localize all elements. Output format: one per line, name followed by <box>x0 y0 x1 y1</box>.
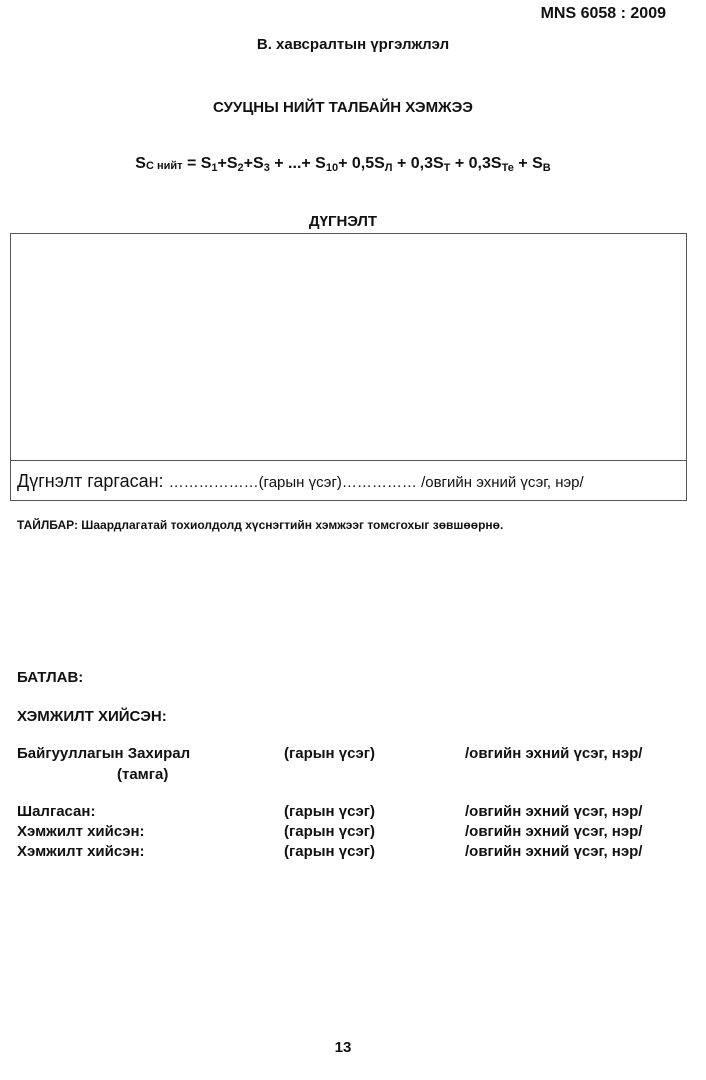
signature-row: Шалгасан:(гарын үсэг)/овгийн эхний үсэг,… <box>17 803 687 823</box>
conclusion-box: Дүгнэлт гаргасан: ………………(гарын үсэг)…………… <box>10 233 687 501</box>
page-title: СУУЦНЫ НИЙТ ТАЛБАЙН ХЭМЖЭЭ <box>0 99 686 116</box>
measured-label: ХЭМЖИЛТ ХИЙСЭН: <box>17 708 167 725</box>
signature-field: (гарын үсэг) <box>284 823 375 840</box>
conclusion-text-area[interactable] <box>11 234 686 461</box>
annex-continuation: В. хавсралтын үргэлжлэл <box>0 36 706 53</box>
conclusion-signature-line: Дүгнэлт гаргасан: ………………(гарын үсэг)…………… <box>17 471 680 492</box>
signature-field: (гарын үсэг) <box>284 843 375 860</box>
signature-row: Хэмжилт хийсэн:(гарын үсэг)/овгийн эхний… <box>17 843 687 863</box>
signature-label: Дүгнэлт гаргасан: <box>17 471 169 491</box>
signature-dots: ……………… <box>169 474 259 491</box>
signature-field: (гарын үсэг) <box>284 803 375 820</box>
conclusion-heading: ДҮГНЭЛТ <box>0 213 686 230</box>
name-hint: /овгийн эхний үсэг, нэр/ <box>417 474 584 491</box>
role-label: Шалгасан: <box>17 803 95 820</box>
role-label: Байгууллагын Захирал <box>17 745 190 762</box>
signature-field: (гарын үсэг) <box>284 745 375 762</box>
name-field: /овгийн эхний үсэг, нэр/ <box>465 745 642 762</box>
standard-number: MNS 6058 : 2009 <box>541 5 666 23</box>
signature-hint: (гарын үсэг) <box>259 474 342 491</box>
name-field: /овгийн эхний үсэг, нэр/ <box>465 803 642 820</box>
approve-label: БАТЛАВ: <box>17 669 83 686</box>
signature-row: Хэмжилт хийсэн:(гарын үсэг)/овгийн эхний… <box>17 823 687 843</box>
area-formula: SС нийт = S1+S2+S3 + ...+ S10+ 0,5SЛ + 0… <box>0 155 686 174</box>
signature-row: Байгууллагын Захирал(гарын үсэг)/овгийн … <box>17 745 687 765</box>
page-number: 13 <box>0 1039 686 1056</box>
stamp-label: (тамга) <box>117 766 168 783</box>
note: ТАЙЛБАР: Шаардлагатай тохиолдолд хүснэгт… <box>17 518 503 532</box>
name-field: /овгийн эхний үсэг, нэр/ <box>465 823 642 840</box>
role-label: Хэмжилт хийсэн: <box>17 823 145 840</box>
name-dots: …………… <box>342 474 417 491</box>
name-field: /овгийн эхний үсэг, нэр/ <box>465 843 642 860</box>
role-label: Хэмжилт хийсэн: <box>17 843 145 860</box>
